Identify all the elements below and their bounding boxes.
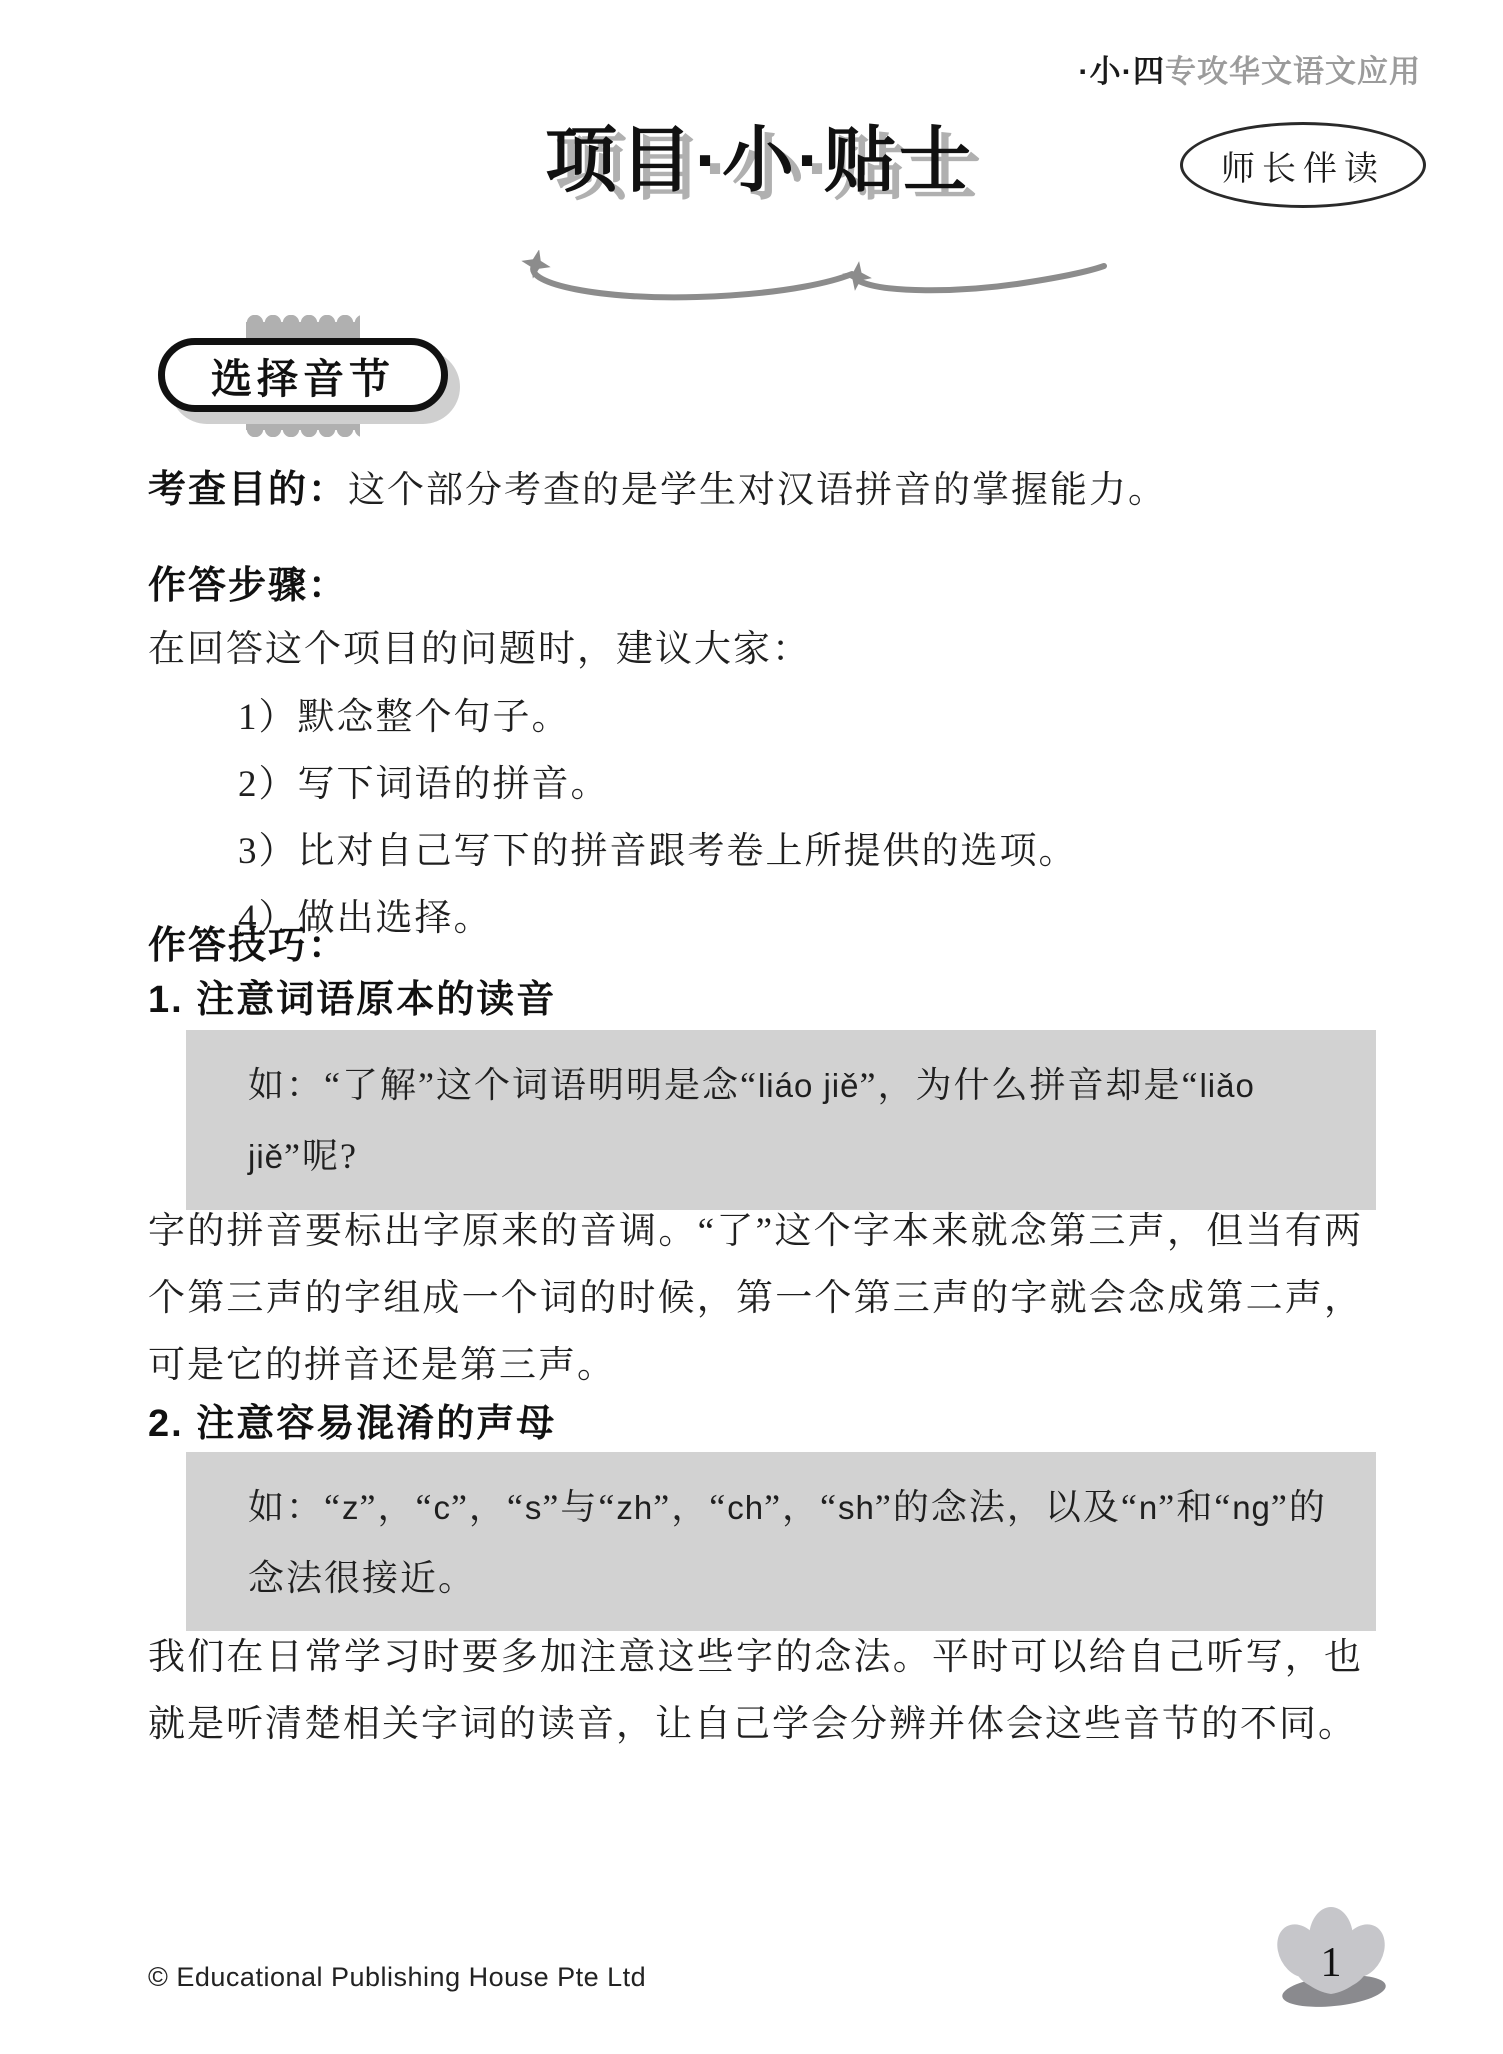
chinese-text: ”，“: [653, 1487, 727, 1527]
chinese-text: ”和“: [1158, 1487, 1232, 1527]
purpose-text: 这个部分考查的是学生对汉语拼音的掌握能力。: [348, 470, 1167, 511]
pinyin-text: sh: [838, 1489, 875, 1526]
steps-heading: 作答步骤：: [148, 558, 1363, 614]
section-label-wrap: 选择音节: [150, 318, 480, 438]
section-label: 选择音节: [158, 338, 448, 412]
chinese-text: ”，为什么拼音却是“: [860, 1065, 1200, 1105]
section-label-text: 选择音节: [211, 346, 395, 405]
companion-reading-badge: 师长伴读: [1180, 122, 1426, 208]
pinyin-text: c: [433, 1489, 451, 1526]
steps-list: 1）默念整个句子。2）写下词语的拼音。3）比对自己写下的拼音跟考卷上所提供的选项…: [238, 684, 1368, 952]
pinyin-text: zh: [616, 1489, 653, 1526]
page-title: 项目·小·贴士: [545, 102, 974, 206]
chinese-text: ”呢?: [284, 1136, 358, 1176]
tip2-explanation: 我们在日常学习时要多加注意这些字的念法。平时可以给自己听写，也就是听清楚相关字词…: [148, 1624, 1363, 1758]
tip1-heading: 1. 注意词语原本的读音: [148, 972, 1363, 1028]
pinyin-text: s: [525, 1489, 543, 1526]
list-item: 2）写下词语的拼音。: [238, 751, 1368, 818]
pinyin-text: ng: [1232, 1489, 1271, 1526]
copyright-text: © Educational Publishing House Pte Ltd: [148, 1962, 646, 1993]
tip2-heading: 2. 注意容易混淆的声母: [148, 1396, 1363, 1452]
pinyin-text: liáo jiě: [758, 1067, 860, 1104]
purpose-heading: 考查目的：: [148, 469, 348, 511]
chinese-text: ”的念法，以及“: [875, 1487, 1139, 1527]
brand-subject: 专攻华文语文应用: [1165, 54, 1421, 89]
list-item: 1）默念整个句子。: [238, 684, 1368, 751]
chinese-text: ”与“: [542, 1487, 616, 1527]
tips-heading: 作答技巧：: [148, 918, 1363, 974]
shell-page-number-icon: 1: [1256, 1896, 1406, 2011]
chinese-text: 如：“了解”这个词语明明是念“: [248, 1065, 758, 1105]
brand-series: ·小·四: [1078, 54, 1165, 89]
pinyin-text: n: [1139, 1489, 1158, 1526]
tip1-example-box: 如：“了解”这个词语明明是念“liáo jiě”，为什么拼音却是“liǎo ji…: [186, 1030, 1376, 1210]
list-item: 3）比对自己写下的拼音跟考卷上所提供的选项。: [238, 818, 1368, 885]
tip2-example-box: 如：“z”，“c”，“s”与“zh”，“ch”，“sh”的念法，以及“n”和“n…: [186, 1452, 1376, 1631]
swash-underline-icon: [512, 250, 1112, 312]
purpose-line: 考查目的：这个部分考查的是学生对汉语拼音的掌握能力。: [148, 462, 1363, 519]
chinese-text: ”，“: [764, 1487, 838, 1527]
pinyin-text: z: [342, 1489, 360, 1526]
pinyin-text: ch: [727, 1489, 764, 1526]
steps-intro: 在回答这个项目的问题时，建议大家：: [148, 622, 1363, 678]
header-brand: ·小·四专攻华文语文应用: [1078, 46, 1421, 91]
page-number: 1: [1321, 1940, 1342, 1986]
badge-label: 师长伴读: [1221, 141, 1385, 190]
chinese-text: ”，“: [451, 1487, 525, 1527]
tip1-explanation: 字的拼音要标出字原来的音调。“了”这个字本来就念第三声，但当有两个第三声的字组成…: [148, 1198, 1363, 1399]
chinese-text: 如：“: [248, 1487, 342, 1527]
book-page: ·小·四专攻华文语文应用 项目·小·贴士 师长伴读 选择音节 考查目的：这个部分…: [0, 0, 1503, 2054]
chinese-text: ”，“: [359, 1487, 433, 1527]
